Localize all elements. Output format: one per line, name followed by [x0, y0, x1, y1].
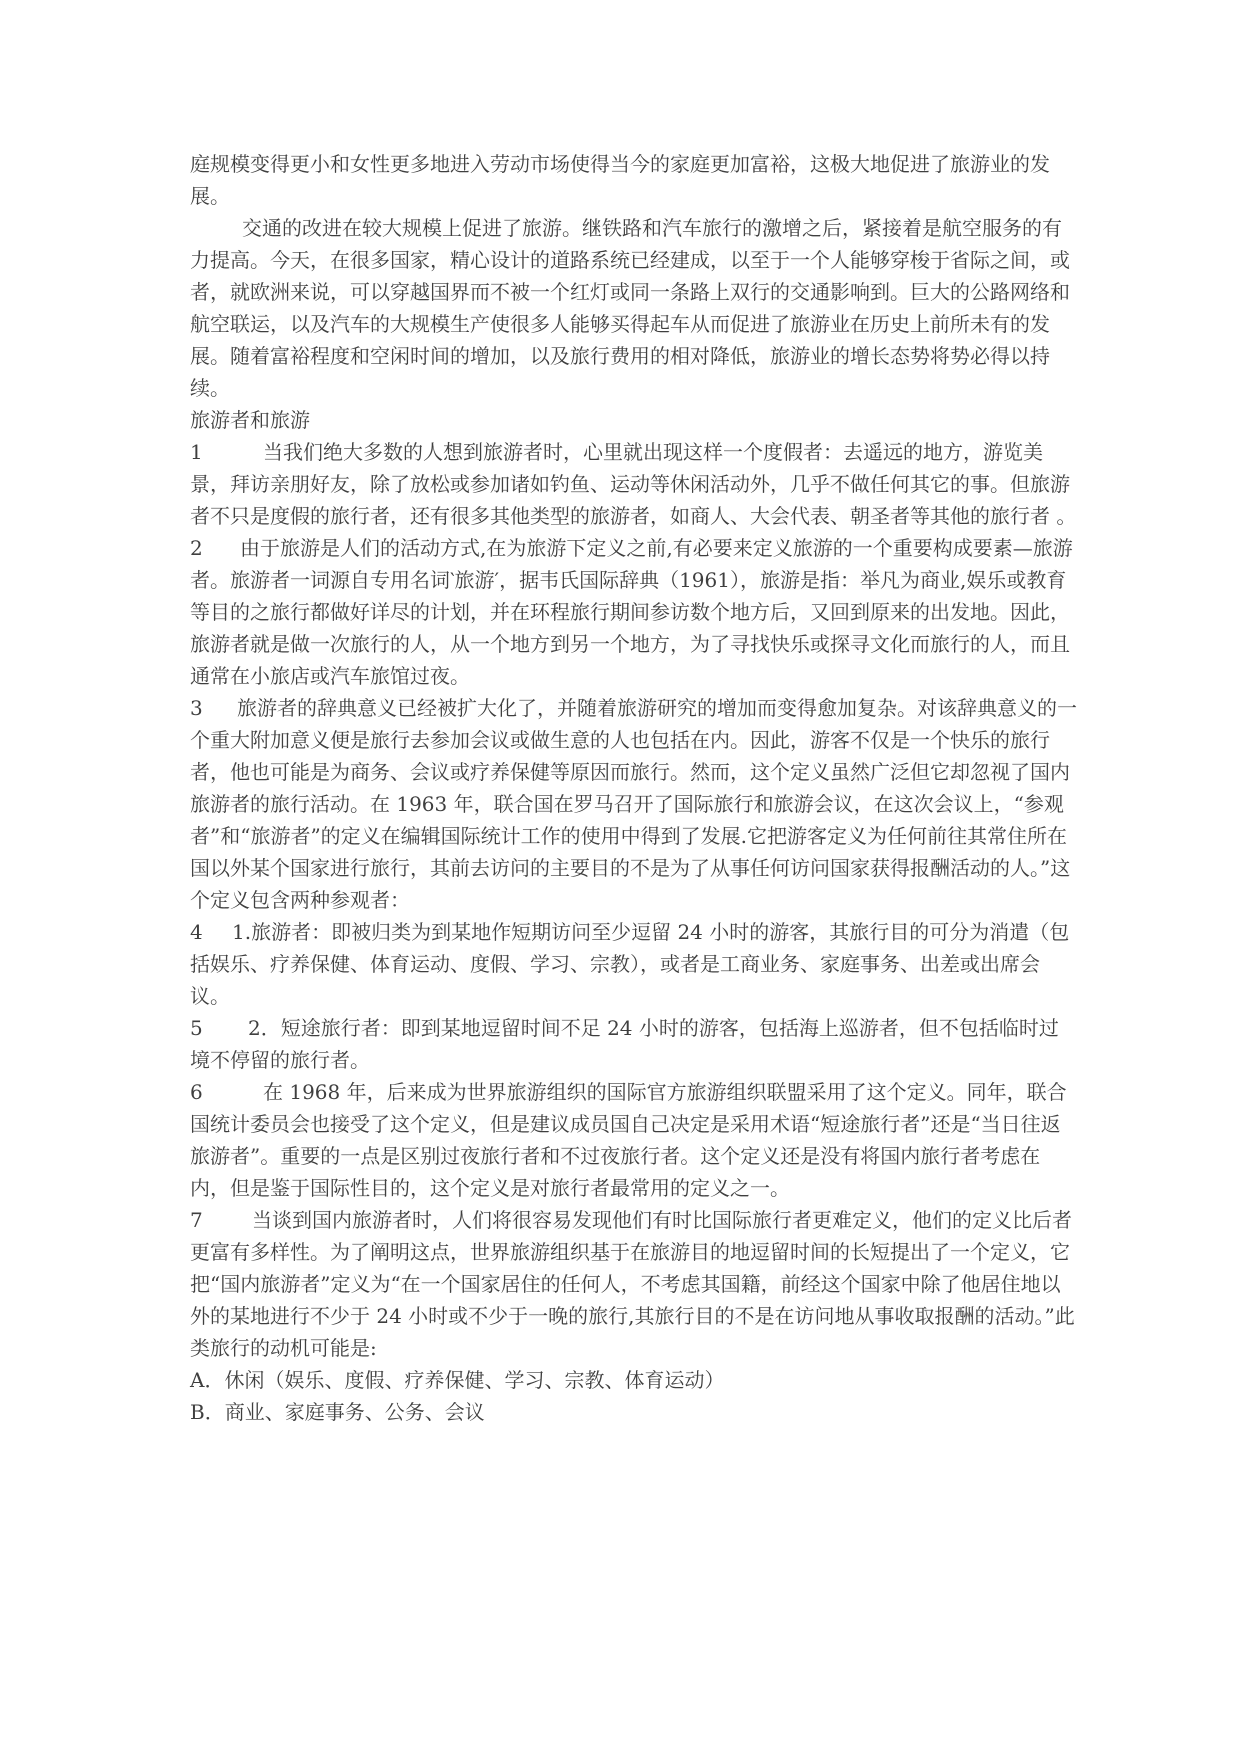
paragraph-4: 41.旅游者：即被归类为到某地作短期访问至少逗留 24 小时的游客，其旅行目的可… [190, 916, 1078, 1012]
paragraph-6-text: 在 1968 年，后来成为世界旅游组织的国际官方旅游组织联盟采用了这个定义。同年… [190, 1080, 1067, 1200]
paragraph-5-text: 2．短途旅行者：即到某地逗留时间不足 24 小时的游客，包括海上巡游者，但不包括… [190, 1016, 1059, 1072]
paragraph-2-text: 由于旅游是人们的活动方式,在为旅游下定义之前,有必要来定义旅游的一个重要构成要素… [190, 536, 1073, 688]
document-page: 庭规模变得更小和女性更多地进入劳动市场使得当今的家庭更加富裕，这极大地促进了旅游… [0, 0, 1241, 1754]
paragraph-7: 7当谈到国内旅游者时，人们将很容易发现他们有时比国际旅行者更难定义，他们的定义比… [190, 1204, 1078, 1364]
paragraph-7-number: 7 [190, 1204, 252, 1236]
paragraph-7-text: 当谈到国内旅游者时，人们将很容易发现他们有时比国际旅行者更难定义，他们的定义比后… [190, 1208, 1075, 1360]
paragraph-5: 52．短途旅行者：即到某地逗留时间不足 24 小时的游客，包括海上巡游者，但不包… [190, 1012, 1078, 1076]
list-item-b: B．商业、家庭事务、公务、会议 [190, 1396, 1078, 1428]
paragraph-2-number: 2 [190, 532, 240, 564]
paragraph-3-text: 旅游者的辞典意义已经被扩大化了，并随着旅游研究的增加而变得愈加复杂。对该辞典意义… [190, 696, 1077, 912]
paragraph-2: 2由于旅游是人们的活动方式,在为旅游下定义之前,有必要来定义旅游的一个重要构成要… [190, 532, 1078, 692]
transport-paragraph: 交通的改进在较大规模上促进了旅游。继铁路和汽车旅行的激增之后，紧接着是航空服务的… [190, 212, 1078, 404]
paragraph-1-number: 1 [190, 436, 263, 468]
paragraph-4-text: 1.旅游者：即被归类为到某地作短期访问至少逗留 24 小时的游客，其旅行目的可分… [190, 920, 1069, 1008]
paragraph-1-text: 当我们绝大多数的人想到旅游者时，心里就出现这样一个度假者：去遥远的地方，游览美景… [190, 440, 1076, 528]
paragraph-1: 1当我们绝大多数的人想到旅游者时，心里就出现这样一个度假者：去遥远的地方，游览美… [190, 436, 1078, 532]
document-content: 庭规模变得更小和女性更多地进入劳动市场使得当今的家庭更加富裕，这极大地促进了旅游… [190, 148, 1078, 1428]
paragraph-4-number: 4 [190, 916, 232, 948]
paragraph-6-number: 6 [190, 1076, 263, 1108]
section-heading: 旅游者和旅游 [190, 404, 1078, 436]
paragraph-3-number: 3 [190, 692, 237, 724]
intro-continuation-paragraph: 庭规模变得更小和女性更多地进入劳动市场使得当今的家庭更加富裕，这极大地促进了旅游… [190, 148, 1078, 212]
paragraph-3: 3旅游者的辞典意义已经被扩大化了，并随着旅游研究的增加而变得愈加复杂。对该辞典意… [190, 692, 1078, 916]
paragraph-5-number: 5 [190, 1012, 248, 1044]
list-item-a: A．休闲（娱乐、度假、疗养保健、学习、宗教、体育运动） [190, 1364, 1078, 1396]
paragraph-6: 6在 1968 年，后来成为世界旅游组织的国际官方旅游组织联盟采用了这个定义。同… [190, 1076, 1078, 1204]
